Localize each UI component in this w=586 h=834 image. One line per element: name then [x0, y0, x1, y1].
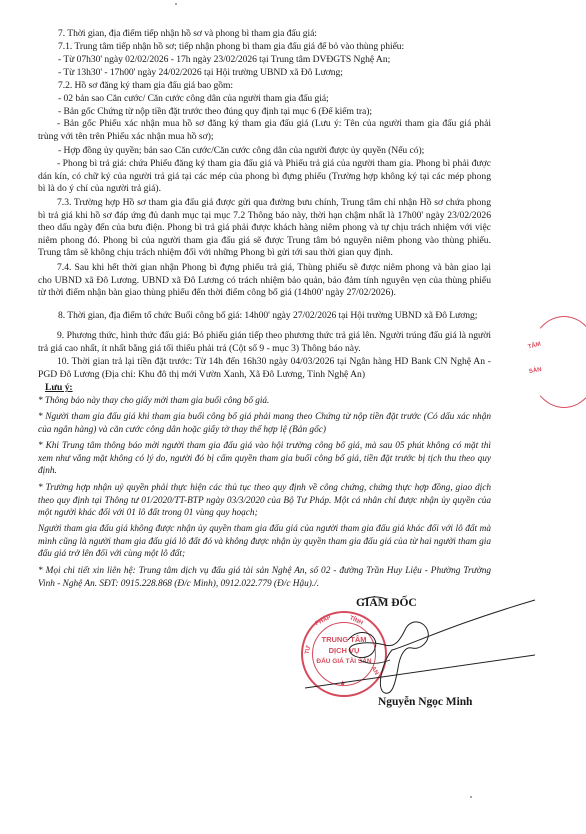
scan-speck: [175, 3, 177, 5]
scan-speck: [470, 796, 472, 798]
